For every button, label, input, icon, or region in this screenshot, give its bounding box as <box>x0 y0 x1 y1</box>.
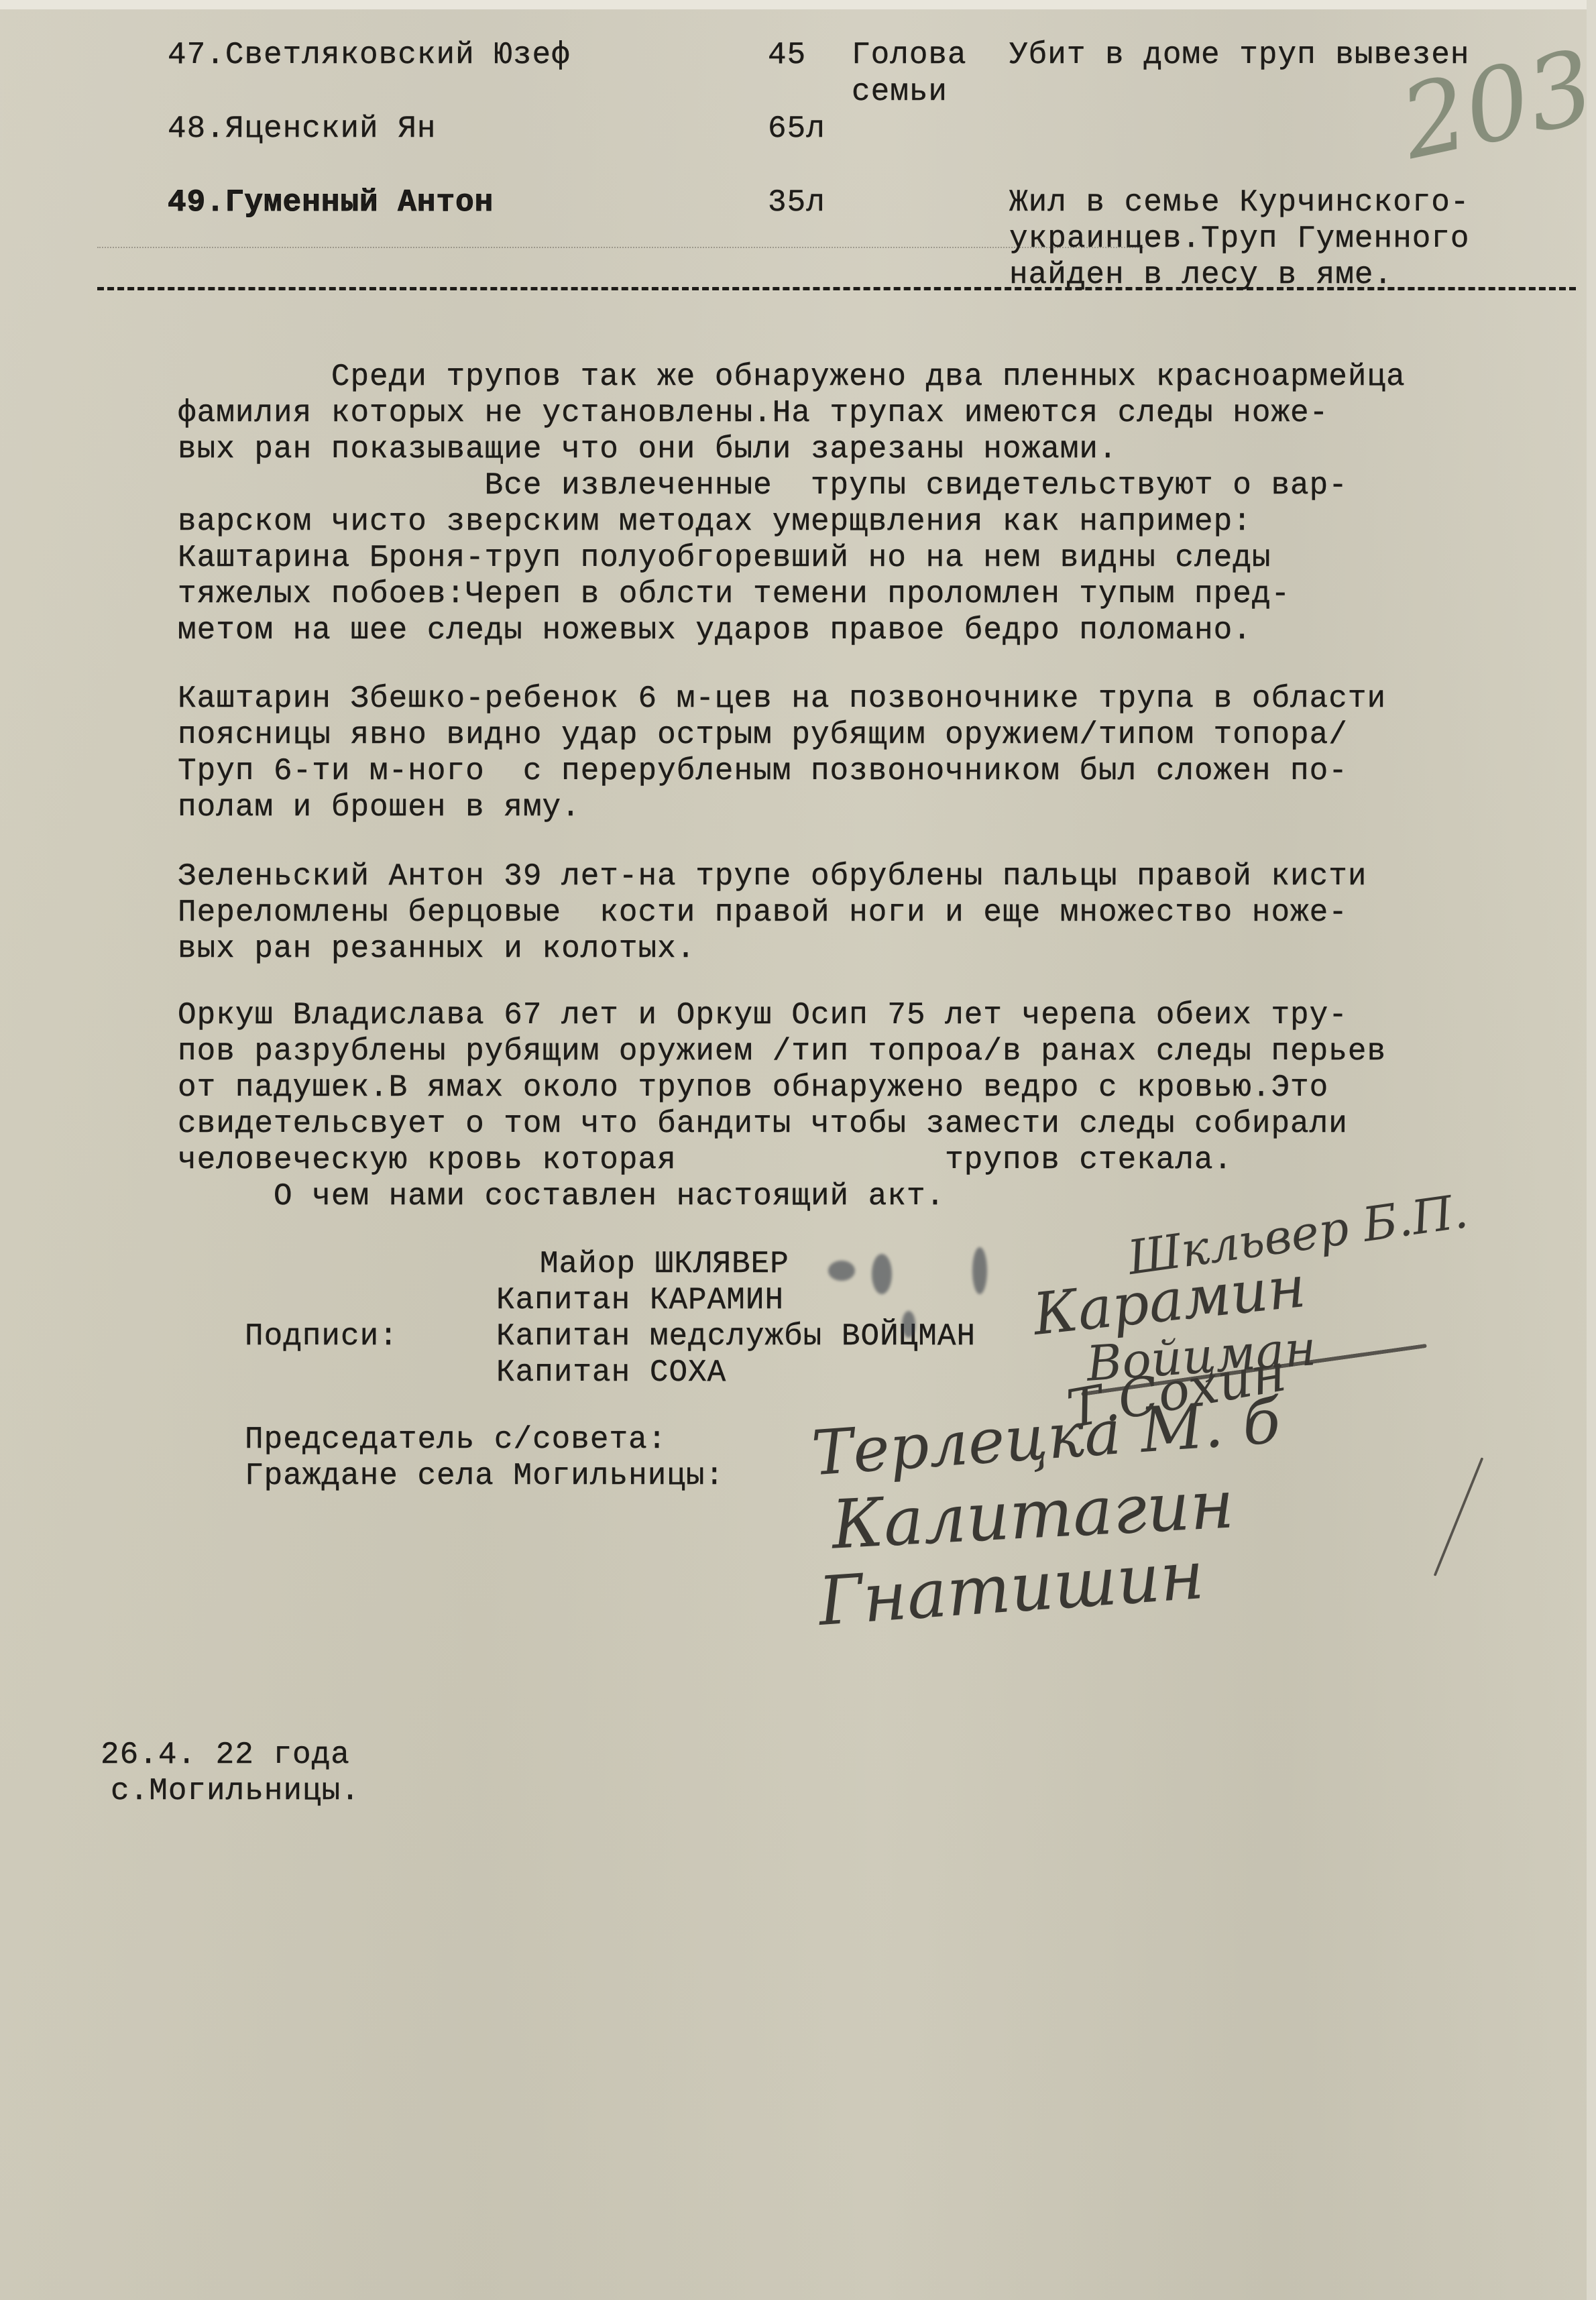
paragraph-3-line-1: Каштарин Збешко-ребенок 6 м-цев на позво… <box>178 681 1386 717</box>
document-page: 203 47.Светляковский Юзеф 45 Голова семь… <box>0 0 1596 2300</box>
signatory-major: Майор ШКЛЯВЕР <box>540 1246 789 1282</box>
paragraph-5-line-3: от падушек.В ямах около трупов обнаружен… <box>178 1070 1328 1106</box>
paragraph-2-line-3: Каштарина Броня-труп полуобгоревший но н… <box>178 540 1271 576</box>
row-49-name: 49.Гуменный Антон <box>168 184 494 221</box>
row-49-note-line2: украинцев.Труп Гуменного <box>1009 221 1470 257</box>
ink-smudge <box>902 1311 915 1338</box>
paragraph-3-line-3: Труп 6-ти м-ного с перерубленым позвоноч… <box>178 753 1348 789</box>
paragraph-5-line-6: О чем нами составлен настоящий акт. <box>178 1178 945 1214</box>
signatory-captain-3: Капитан СОХА <box>496 1355 726 1391</box>
paragraph-4-line-2: Переломлены берцовые кости правой ноги и… <box>178 895 1348 931</box>
citizens-label: Граждане села Могильницы: <box>245 1458 724 1494</box>
paragraph-1-line-1: Среди трупов так же обнаружено два пленн… <box>178 359 1406 395</box>
row-47-age: 45 <box>768 37 806 73</box>
paragraph-5-line-2: пов разрублены рубящим оружием /тип топр… <box>178 1033 1386 1070</box>
row-48-age: 65л <box>768 111 825 147</box>
paragraph-3-line-4: полам и брошен в яму. <box>178 789 581 825</box>
ink-smudge <box>872 1254 892 1294</box>
ink-smudge <box>972 1247 987 1294</box>
signatory-captain-1: Капитан КАРАМИН <box>496 1282 784 1318</box>
table-faint-rule <box>97 247 1143 248</box>
paragraph-4-line-3: вых ран резанных и колотых. <box>178 931 695 967</box>
paragraph-3-line-2: поясницы явно видно удар острым рубящим … <box>178 717 1348 753</box>
paragraph-5-line-1: Оркуш Владислава 67 лет и Оркуш Осип 75 … <box>178 997 1348 1033</box>
page-top-edge <box>0 0 1596 9</box>
paragraph-2-line-5: метом на шее следы ножевых ударов правое… <box>178 612 1252 648</box>
ink-smudge <box>828 1261 855 1281</box>
row-47-relation-line2: семьи <box>852 74 948 110</box>
row-48-name: 48.Яценский Ян <box>168 111 436 147</box>
row-47-name: 47.Светляковский Юзеф <box>168 37 571 73</box>
paragraph-1-line-2: фамилия которых не установлены.На трупах… <box>178 395 1328 431</box>
chairman-label: Председатель с/совета: <box>245 1422 667 1458</box>
table-bottom-rule <box>97 287 1576 290</box>
document-date: 26.4. 22 года <box>101 1737 350 1773</box>
paragraph-4-line-1: Зеленьский Антон 39 лет-на трупе обрубле… <box>178 858 1367 895</box>
page-right-edge <box>1587 0 1596 2300</box>
document-place: с.Могильницы. <box>111 1773 360 1809</box>
row-47-note: Убит в доме труп вывезен <box>1009 37 1470 73</box>
row-49-note-line1: Жил в семье Курчинского- <box>1009 184 1470 221</box>
paragraph-2-line-1: Все извлеченные трупы свидетельствуют о … <box>178 467 1348 504</box>
row-47-relation: Голова <box>852 37 967 73</box>
paragraph-5-line-5: человеческую кровь которая трупов стекал… <box>178 1142 1233 1178</box>
paragraph-1-line-3: вых ран показыващие что они были зарезан… <box>178 431 1118 467</box>
paragraph-5-line-4: свидетельсвует о том что бандиты чтобы з… <box>178 1106 1348 1142</box>
paragraph-2-line-2: варском чисто зверским методах умерщвлен… <box>178 504 1252 540</box>
signatures-label: Подписи: <box>245 1318 398 1355</box>
row-49-age: 35л <box>768 184 825 221</box>
paragraph-2-line-4: тяжелых побоев:Череп в облсти темени про… <box>178 576 1290 612</box>
signature-bracket-stroke <box>1434 1457 1484 1576</box>
